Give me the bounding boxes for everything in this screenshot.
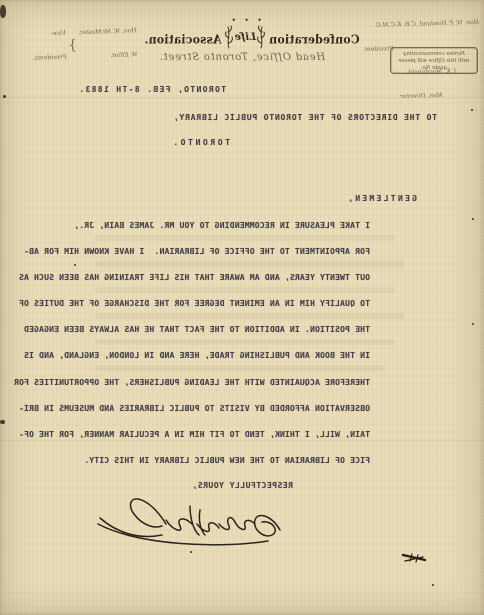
officer-name: W. Elliot,: [79, 51, 137, 61]
dateline: TORONTO, FEB. 8-TH 1883.: [78, 85, 226, 94]
mirrored-content-layer: Hon. W. P. Howland, C.B. K.C.M.G. Presid…: [0, 0, 484, 615]
brace-glyph: }: [68, 38, 77, 52]
salutation: GENTLEMEN,: [346, 194, 417, 203]
ink-mark-icon: [399, 551, 427, 564]
note-box-line: quote No.: [398, 64, 470, 70]
body-line: I TAKE PLEASURE IN RECOMMENDING TO YOU M…: [74, 221, 370, 230]
note-box-line: with this Office will please: [398, 57, 470, 63]
officer-name: Hon. W. McMaster,: [79, 27, 137, 37]
officers-right-block: Hon. W. McMaster, W. Elliot, } Vice- Pre…: [31, 11, 138, 79]
body-line: FOR APPOINTMENT TO THE OFFICE OF LIBRARI…: [24, 247, 370, 256]
address-line-2: TORONTO.: [171, 138, 230, 147]
sprig-icon: [224, 25, 233, 49]
sprig-icon: [257, 25, 266, 49]
signature-icon: [92, 494, 290, 550]
address-line-1: TO THE DIRECTORS OF THE TORONTO PUBLIC L…: [173, 113, 437, 122]
company-word-right: Association.: [144, 32, 221, 47]
vice-president-names: Hon. W. McMaster, W. Elliot,: [78, 11, 138, 77]
officer-line: Man. Director.: [329, 91, 481, 103]
body-line: OUT TWENTY YEARS, AND AM AWARE THAT HIS …: [19, 273, 370, 282]
note-box-line: Parties communicating: [398, 50, 470, 56]
note-box: Parties communicating with this Office w…: [390, 47, 478, 74]
company-name: Confederation ✦ ✦ ✦ Life Association.: [152, 27, 352, 51]
vice-president-label: Vice- Presidents.: [31, 14, 67, 79]
body-line: THE POSITION. IN ADDITION TO THE FACT TH…: [24, 325, 370, 334]
body-line: IN THE BOOK AND PUBLISHING TRADE, HERE A…: [24, 351, 370, 360]
life-emblem: ✦ ✦ ✦ Life: [224, 25, 266, 49]
office-script-line: Head Office, Toronto Street.: [150, 52, 334, 63]
closing: RESPECTFULLY YOURS,: [192, 481, 293, 490]
body-line: OBSERVATION AFFORDED BY VISITS TO PUBLIC…: [19, 404, 370, 413]
body-line: TO QUALIFY HIM IN AN EMINENT DEGREE FOR …: [19, 299, 370, 308]
scanned-letter-page: Hon. W. P. Howland, C.B. K.C.M.G. Presid…: [0, 0, 484, 615]
sparkle-icon: ✦ ✦ ✦: [224, 17, 266, 24]
emblem-word: Life: [234, 32, 256, 43]
body-line: TAIN, WILL, I THINK, TEND TO FIT HIM IN …: [19, 430, 370, 439]
body-line: FICE OF LIBRARIAN TO THE NEW PUBLIC LIBR…: [84, 456, 370, 465]
body-line: THEREFORE ACQUAINTED WITH THE LEADING PU…: [14, 378, 370, 387]
company-word-left: Confederation: [269, 32, 360, 47]
